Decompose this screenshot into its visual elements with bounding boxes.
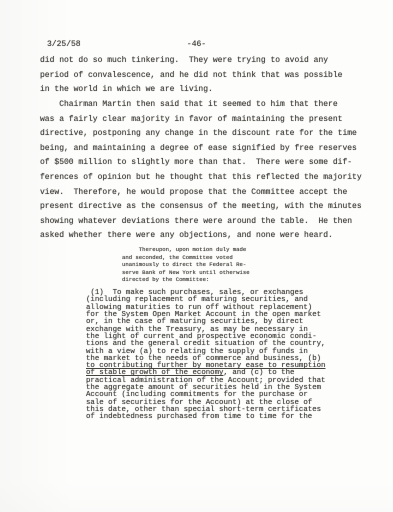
resolution-clause-1: (1) To make such purchases, sales, or ex… [86,290,338,422]
document-page: 3/25/58 -46- did not do so much tinkerin… [0,0,393,512]
page-number: -46- [0,40,393,50]
paragraph-2: Chairman Martin then said that it seemed… [40,98,374,244]
clause-lines-after-underline: practical administration of the Account;… [86,378,338,422]
page-header: 3/25/58 -46- [0,40,393,52]
resolution-intro: Thereupon, upon motion duly made and sec… [122,246,262,284]
clause-lines-before-underline: (1) To make such purchases, sales, or ex… [86,290,338,363]
paragraph-1: did not do so much tinkering. They were … [40,54,374,98]
